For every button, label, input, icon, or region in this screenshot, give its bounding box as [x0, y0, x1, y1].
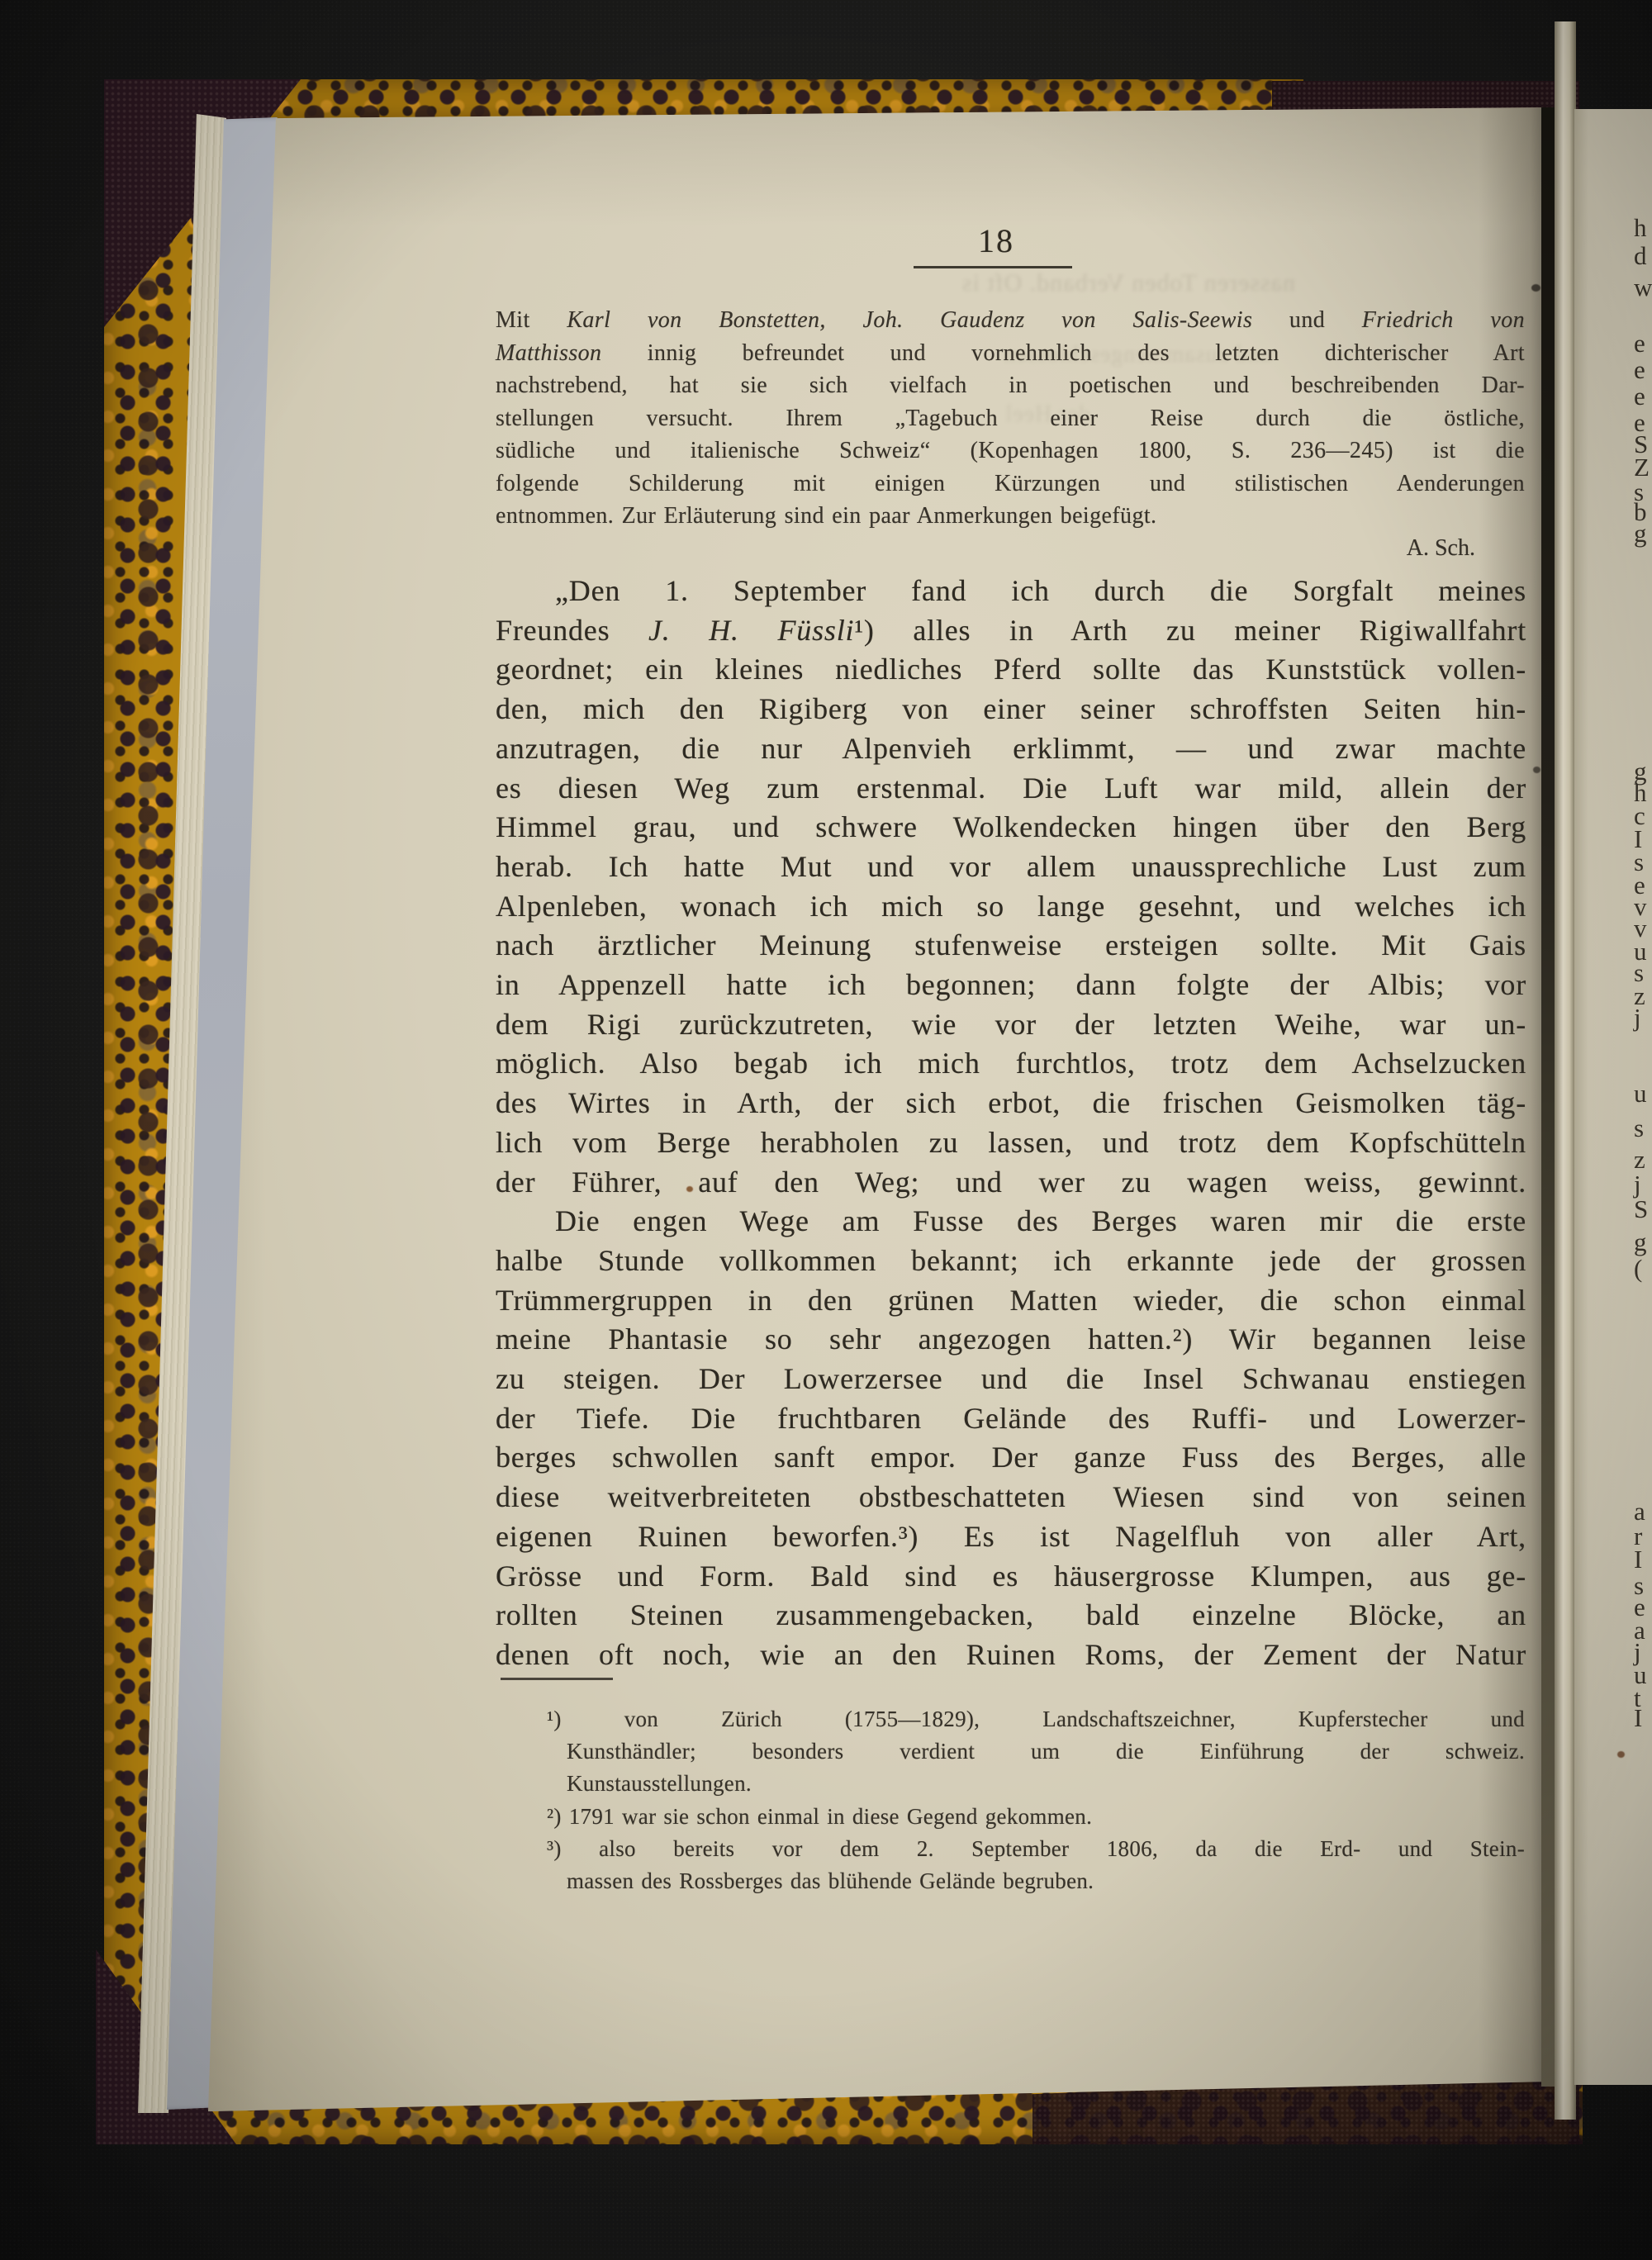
text-segment: herab. Ich hatte Mut und vor allem unaus… [496, 850, 1526, 883]
attribution-initials: A. Sch. [496, 535, 1475, 562]
text-segment: diese weitverbreiteten obstbeschatteten … [496, 1480, 1526, 1513]
clipped-letter: u [1634, 1079, 1652, 1109]
clipped-letter: w [1634, 273, 1652, 302]
main-text-line: dem Rigi zurückzutreten, wie vor der let… [496, 1005, 1526, 1045]
italic-text-segment: Karl von Bonstetten, Joh. Gaudenz von Sa… [567, 307, 1252, 333]
italic-text-segment: Friedrich von [1362, 307, 1525, 333]
text-segment: Freundes [496, 614, 648, 647]
main-text-line: „Den 1. September fand ich durch die Sor… [496, 572, 1526, 611]
main-text-line: lich vom Berge herabholen zu lassen, und… [496, 1123, 1526, 1163]
main-text-line: zu steigen. Der Lowerzersee und die Inse… [496, 1360, 1526, 1399]
footnote-line: ¹) von Zürich (1755—1829), Landschaftsze… [547, 1703, 1525, 1735]
main-text-line: des Wirtes in Arth, der sich erbot, die … [496, 1084, 1526, 1123]
gutter-speck [1533, 767, 1540, 773]
text-segment: ¹) von Zürich (1755—1829), Landschaftsze… [547, 1707, 1525, 1731]
clipped-letter: j [1634, 1003, 1652, 1033]
page-gutter-shadow [1541, 107, 1555, 2087]
text-segment: berges schwollen sanft empor. Der ganze … [496, 1441, 1526, 1474]
text-segment: südliche und italienische Schweiz“ (Kope… [496, 438, 1525, 463]
text-segment: Die engen Wege am Fusse des Berges waren… [555, 1204, 1526, 1237]
intro-line: entnommen. Zur Erläuterung sind ein paar… [496, 500, 1525, 533]
footnote-line: ²) 1791 war sie schon einmal in diese Ge… [547, 1801, 1525, 1833]
text-segment: „Den 1. September fand ich durch die Sor… [555, 574, 1526, 607]
main-text-line: eigenen Ruinen beworfen.³) Es ist Nagelf… [496, 1517, 1526, 1557]
text-segment: zu steigen. Der Lowerzersee und die Inse… [496, 1362, 1526, 1395]
main-text-line: Himmel grau, und schwere Wolkendecken hi… [496, 808, 1526, 847]
clipped-letter: e [1634, 382, 1652, 411]
text-segment: Himmel grau, und schwere Wolkendecken hi… [496, 810, 1526, 843]
text-segment: möglich. Also begab ich mich furchtlos, … [496, 1047, 1526, 1080]
clipped-letter: ( [1634, 1254, 1652, 1284]
text-segment: es diesen Weg zum erstenmal. Die Luft wa… [496, 772, 1526, 805]
gutter-speck [1531, 284, 1540, 292]
footnote-rule [501, 1678, 613, 1680]
main-text-line: Grösse und Form. Bald sind es häusergros… [496, 1557, 1526, 1597]
text-segment: anzutragen, die nur Alpenvieh erklimmt, … [496, 732, 1526, 765]
main-text-line: meine Phantasie so sehr angezogen hatten… [496, 1320, 1526, 1360]
text-segment: geordnet; ein kleines niedliches Pferd s… [496, 653, 1526, 686]
main-text-line: in Appenzell hatte ich begonnen; dann fo… [496, 966, 1526, 1005]
text-segment: massen des Rossberges das blühende Gelän… [567, 1868, 1094, 1893]
clipped-letter: I [1634, 1703, 1652, 1733]
footnote-line: ³) also bereits vor dem 2. September 180… [547, 1833, 1525, 1865]
intro-line: südliche und italienische Schweiz“ (Kope… [496, 434, 1525, 468]
ink-fleck [686, 1186, 693, 1192]
page-number: 18 [496, 221, 1497, 260]
text-segment: nach ärztlicher Meinung stufenweise erst… [496, 928, 1526, 961]
text-segment: halbe Stunde vollkommen bekannt; ich erk… [496, 1244, 1526, 1277]
text-segment: Grösse und Form. Bald sind es häusergros… [496, 1560, 1526, 1593]
ink-fleck [1617, 1751, 1625, 1758]
main-text-line: den, mich den Rigiberg von einer seiner … [496, 690, 1526, 729]
text-segment: denen oft noch, wie an den Ruinen Roms, … [496, 1638, 1526, 1671]
main-text-line: geordnet; ein kleines niedliches Pferd s… [496, 650, 1526, 690]
text-segment: den, mich den Rigiberg von einer seiner … [496, 692, 1526, 725]
intro-line: Matthisson innig befreundet und vornehml… [496, 337, 1525, 370]
italic-text-segment: J. H. Füssli [648, 614, 854, 647]
footnote-line: massen des Rossberges das blühende Gelän… [547, 1865, 1525, 1897]
text-segment: ¹) alles in Arth zu meiner Rigiwallfahrt [854, 614, 1526, 647]
footnote-line: Kunstausstellungen. [547, 1768, 1525, 1800]
text-segment: rollten Steinen zusammengebacken, bald e… [496, 1598, 1526, 1631]
text-segment: lich vom Berge herabholen zu lassen, und… [496, 1126, 1526, 1159]
main-text-line: der Führer, auf den Weg; und wer zu wage… [496, 1163, 1526, 1203]
text-segment: ³) also bereits vor dem 2. September 180… [547, 1836, 1525, 1861]
main-text-line: berges schwollen sanft empor. Der ganze … [496, 1438, 1526, 1478]
footnotes: ¹) von Zürich (1755—1829), Landschaftsze… [547, 1703, 1525, 1897]
text-segment: der Führer, auf den Weg; und wer zu wage… [496, 1166, 1526, 1199]
main-text-line: Freundes J. H. Füssli¹) alles in Arth zu… [496, 611, 1526, 651]
intro-line: Mit Karl von Bonstetten, Joh. Gaudenz vo… [496, 304, 1525, 337]
main-text-line: möglich. Also begab ich mich furchtlos, … [496, 1044, 1526, 1084]
text-segment: Alpenleben, wonach ich mich so lange ges… [496, 890, 1526, 923]
main-text-line: diese weitverbreiteten obstbeschatteten … [496, 1478, 1526, 1517]
intro-line: folgende Schilderung mit einigen Kürzung… [496, 468, 1525, 501]
text-segment: meine Phantasie so sehr angezogen hatten… [496, 1322, 1526, 1356]
right-page-fore-edge [1555, 21, 1576, 2120]
main-text-line: denen oft noch, wie an den Ruinen Roms, … [496, 1636, 1526, 1675]
clipped-letter: S [1634, 1194, 1652, 1224]
main-text-line: der Tiefe. Die fruchtbaren Gelände des R… [496, 1399, 1526, 1439]
text-segment: dem Rigi zurückzutreten, wie vor der let… [496, 1008, 1526, 1041]
main-text-line: es diesen Weg zum erstenmal. Die Luft wa… [496, 769, 1526, 809]
text-segment: Trümmergruppen in den grünen Matten wied… [496, 1284, 1526, 1317]
text-segment: und [1252, 307, 1362, 333]
text-segment: in Appenzell hatte ich begonnen; dann fo… [496, 968, 1526, 1001]
clipped-letter: g [1634, 1227, 1652, 1257]
footnote-line: Kunsthändler; besonders verdient um die … [547, 1735, 1525, 1768]
clipped-letter: d [1634, 241, 1652, 271]
text-segment: entnommen. Zur Erläuterung sind ein paar… [496, 503, 1156, 529]
main-text-line: Alpenleben, wonach ich mich so lange ges… [496, 887, 1526, 927]
text-segment: stellungen versucht. Ihrem „Tagebuch ein… [496, 406, 1525, 431]
clipped-letter: s [1634, 1113, 1652, 1143]
text-segment: eigenen Ruinen beworfen.³) Es ist Nagelf… [496, 1520, 1526, 1553]
clipped-letter: h [1634, 213, 1652, 243]
text-segment: innig befreundet und vornehmlich des let… [601, 340, 1525, 366]
clipped-letter: I [1634, 1545, 1652, 1574]
text-segment: ²) 1791 war sie schon einmal in diese Ge… [547, 1804, 1092, 1829]
main-text-line: Die engen Wege am Fusse des Berges waren… [496, 1202, 1526, 1242]
italic-text-segment: Matthisson [496, 340, 601, 366]
main-text-line: herab. Ich hatte Mut und vor allem unaus… [496, 847, 1526, 887]
intro-paragraph: Mit Karl von Bonstetten, Joh. Gaudenz vo… [496, 304, 1525, 533]
text-segment: folgende Schilderung mit einigen Kürzung… [496, 471, 1525, 496]
text-segment: nachstrebend, hat sie sich vielfach in p… [496, 373, 1525, 398]
text-segment: Kunstausstellungen. [567, 1771, 752, 1796]
main-text-line: Trümmergruppen in den grünen Matten wied… [496, 1281, 1526, 1321]
text-segment: Kunsthändler; besonders verdient um die … [567, 1739, 1525, 1764]
intro-line: nachstrebend, hat sie sich vielfach in p… [496, 369, 1525, 402]
clipped-letter: e [1634, 355, 1652, 385]
text-segment: Mit [496, 307, 567, 333]
main-text-line: anzutragen, die nur Alpenvieh erklimmt, … [496, 729, 1526, 769]
main-text-paragraphs: „Den 1. September fand ich durch die Sor… [496, 572, 1526, 1675]
scanned-book-photo: hdweeeeSZsbgghcIsevvuszjuszjSg(arIseajut… [0, 0, 1652, 2260]
show-through-line: nasseren Toben Verband. Oft is [568, 269, 1295, 297]
main-text-line: nach ärztlicher Meinung stufenweise erst… [496, 926, 1526, 966]
main-text-line: halbe Stunde vollkommen bekannt; ich erk… [496, 1242, 1526, 1281]
text-segment: der Tiefe. Die fruchtbaren Gelände des R… [496, 1402, 1526, 1435]
clipped-letter: e [1634, 329, 1652, 358]
intro-line: stellungen versucht. Ihrem „Tagebuch ein… [496, 402, 1525, 435]
page-number-rule [914, 266, 1072, 268]
main-text-line: rollten Steinen zusammengebacken, bald e… [496, 1596, 1526, 1636]
text-segment: des Wirtes in Arth, der sich erbot, die … [496, 1086, 1526, 1119]
clipped-letter: g [1634, 519, 1652, 548]
